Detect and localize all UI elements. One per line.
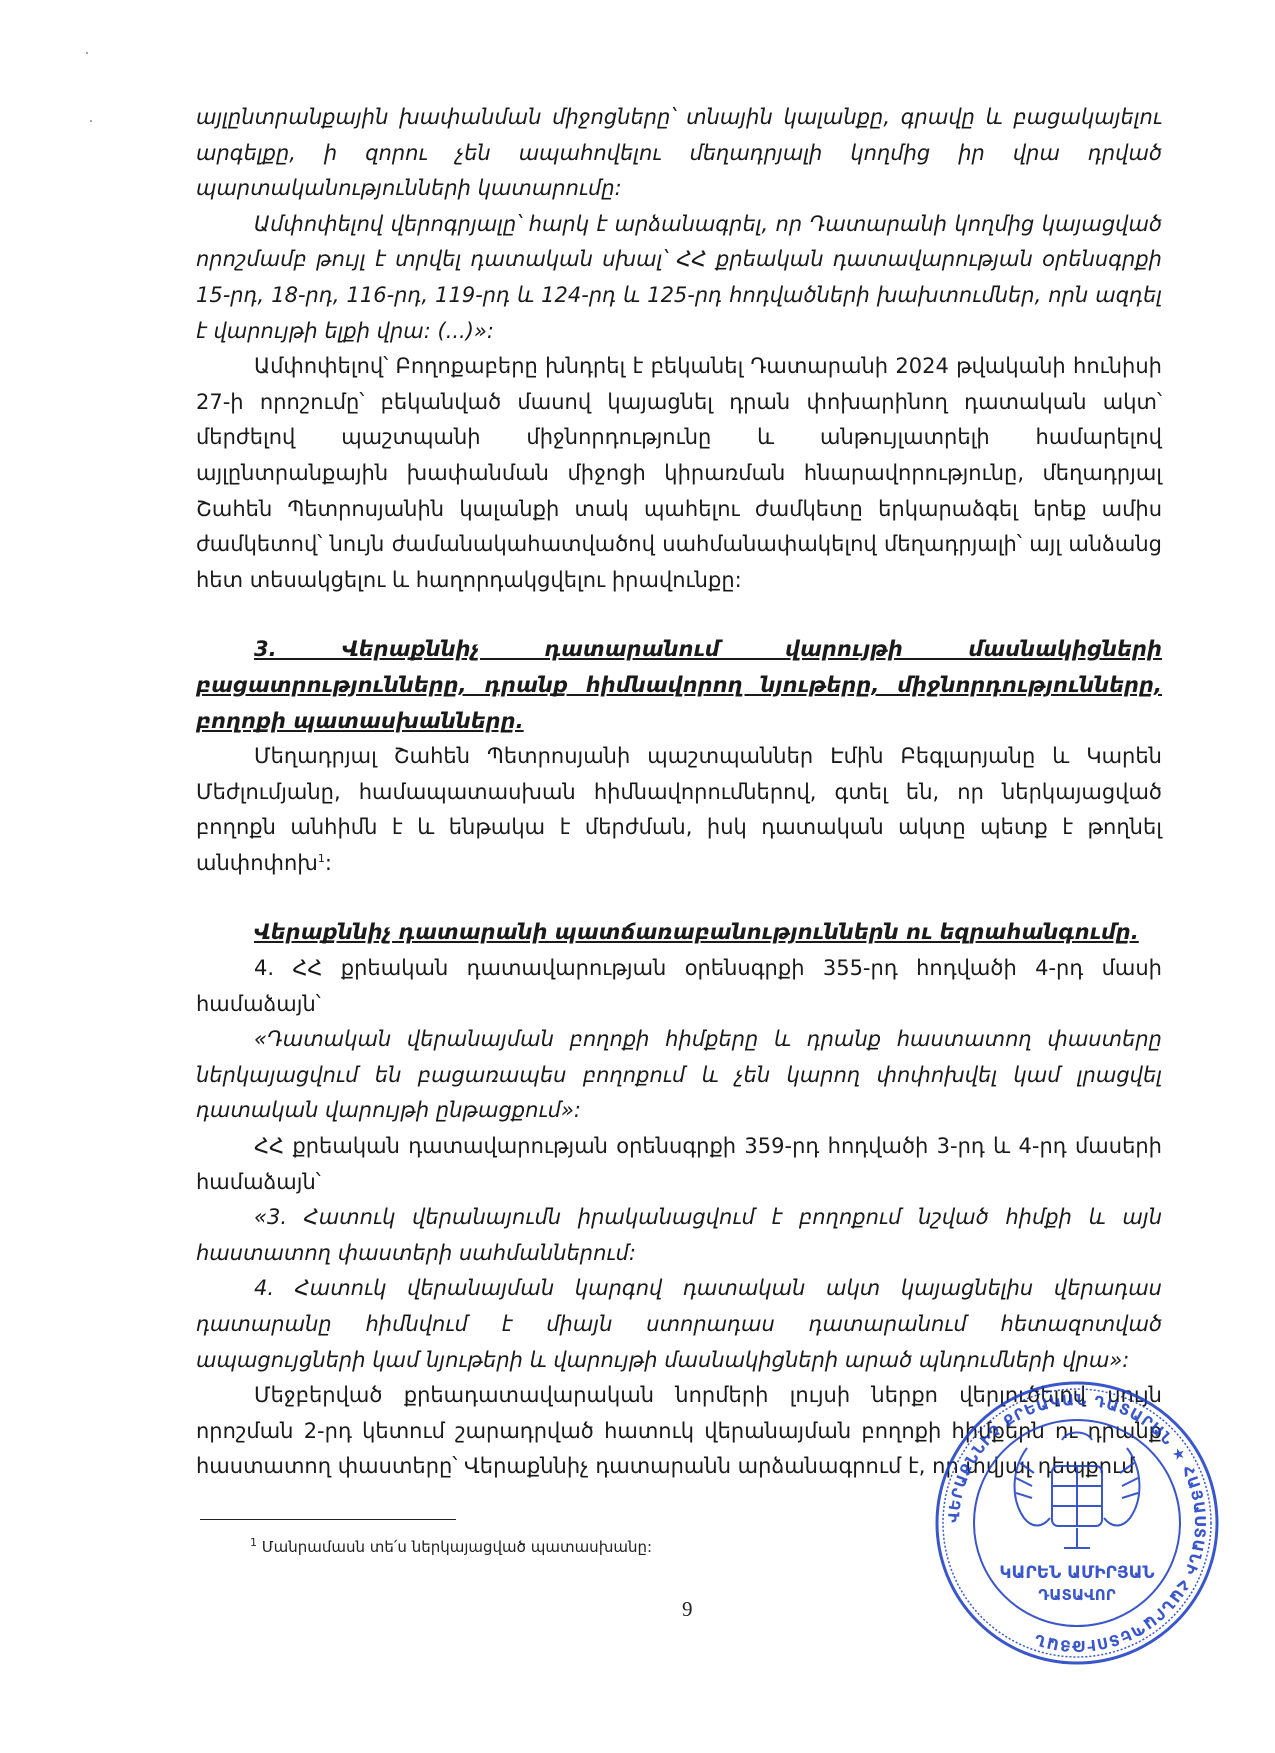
section-3-heading: 3. Վերաքննիչ դատարանում վարույթի մասնակի…	[196, 632, 1162, 739]
footnote-text: Մանրամասն տե՛ս ներկայացված պատասխանը:	[262, 1538, 652, 1556]
paragraph-article-359: ՀՀ քրեական դատավարության օրենսգրքի 359-ր…	[196, 1129, 1162, 1200]
quote-article-355: «Դատական վերանայման բողոքի հիմքերը և դրա…	[196, 1022, 1162, 1129]
paragraph-article-355: 4. ՀՀ քրեական դատավարության օրենսգրքի 35…	[196, 951, 1162, 1022]
stamp-name: ԿԱՐԵՆ ԱՄԻՐՅԱՆ	[999, 1563, 1154, 1583]
coat-of-arms-icon	[1015, 1433, 1140, 1549]
paragraph-appeal-request: Ամփոփելով՝ Բողոքաբերը խնդրել է բեկանել Դ…	[196, 349, 1162, 598]
quote-article-359-part-3: «3. Հատուկ վերանայումն իրականացվում է բո…	[196, 1200, 1162, 1271]
footnote: 1 Մանրամասն տե՛ս ներկայացված պատասխանը:	[250, 1538, 652, 1556]
footnote-ref[interactable]: 1	[318, 852, 325, 865]
footnote-divider	[200, 1519, 456, 1520]
document-page: այլընտրանքային խափանման միջոցները՝ տնայի…	[0, 0, 1275, 1753]
section-3-paragraph: Մեղադրյալ Շահեն Պետրոսյանի պաշտպաններ Էմ…	[196, 739, 1162, 881]
court-seal-stamp-icon: ՎԵՐԱՔՆՆԻՉ ՔՐԵԱԿԱՆ ԴԱՏԱՐԱՆ ★ ՀԱՅԱՍՏԱՆԻ ՀԱ…	[932, 1378, 1222, 1668]
document-body: այլընտրանքային խափանման միջոցները՝ տնայի…	[196, 100, 1162, 1485]
footnote-marker: 1	[250, 1536, 257, 1549]
quote-article-359-part-4: 4. Հատուկ վերանայման կարգով դատական ակտ …	[196, 1271, 1162, 1378]
scan-speck	[90, 120, 92, 122]
scan-speck	[86, 52, 88, 54]
paragraph-summary-quote: Ամփոփելով վերոգրյալը՝ հարկ է արձանագրել,…	[196, 207, 1162, 349]
section-4-heading: Վերաքննիչ դատարանի պատճառաբանություններն…	[196, 915, 1162, 951]
page-number: 9	[682, 1597, 693, 1622]
section-3-text: Մեղադրյալ Շահեն Պետրոսյանի պաշտպաններ Էմ…	[196, 744, 1162, 875]
paragraph-quote-end: այլընտրանքային խափանման միջոցները՝ տնայի…	[196, 100, 1162, 207]
stamp-title: ԴԱՏԱՎՈՐ	[1038, 1586, 1115, 1604]
